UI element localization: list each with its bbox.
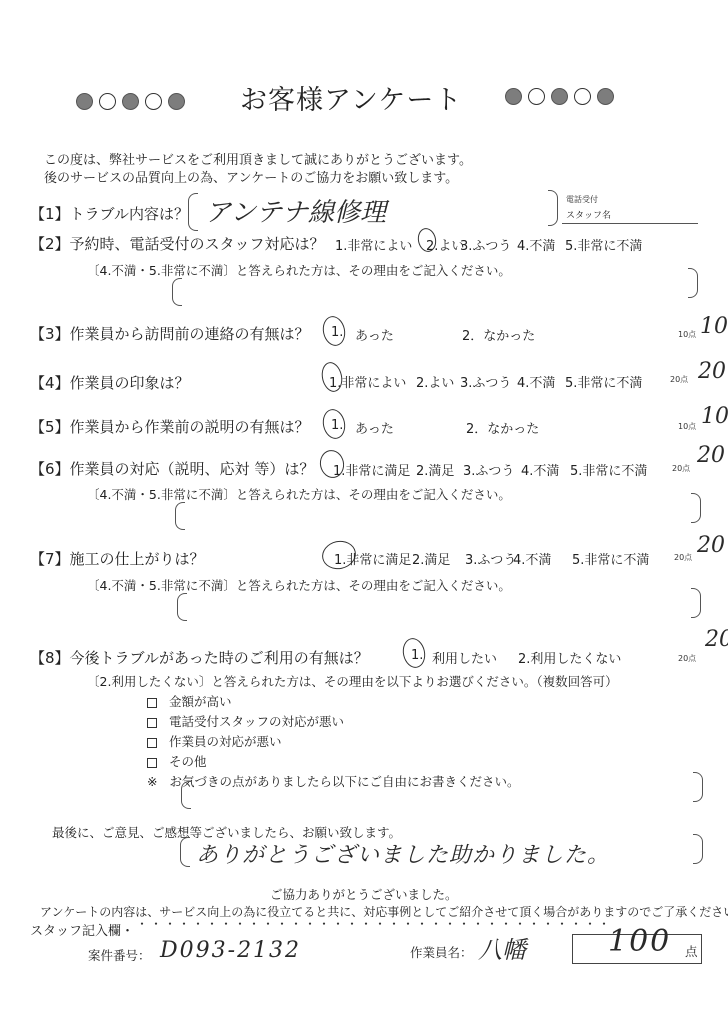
q6-option-5[interactable]: 5.非常に不満 — [570, 460, 647, 479]
q2-option-3[interactable]: 3.ふつう — [460, 235, 511, 254]
q8-points-label: 20点 — [678, 653, 696, 664]
empty-circle-icon — [574, 88, 591, 105]
q8-label: 【8】今後トラブルがあった時のご利用の有無は？ — [30, 647, 369, 668]
q7-label: 【7】施工の仕上がりは？ — [30, 548, 205, 569]
q3-score[interactable]: 10 — [700, 314, 728, 339]
bracket-left — [175, 502, 185, 530]
q4-label: 【4】作業員の印象は？ — [30, 372, 190, 393]
q2-option-4[interactable]: 4.不満 — [517, 235, 555, 254]
empty-circle-icon — [99, 93, 116, 110]
checkbox-label: 作業員の対応が悪い — [169, 734, 282, 749]
bracket-right — [693, 834, 703, 864]
case-number[interactable]: D093-2132 — [160, 938, 301, 963]
checkbox-icon[interactable] — [147, 738, 157, 748]
empty-circle-icon — [145, 93, 162, 110]
decor-dots-left — [76, 93, 185, 110]
empty-circle-icon — [528, 88, 545, 105]
staff-section-label: スタッフ記入欄・ — [30, 920, 134, 939]
bracket-right — [693, 772, 703, 802]
total-score[interactable]: 100 — [608, 924, 671, 959]
page-title: お客様アンケート — [240, 78, 462, 117]
q5-option-2[interactable]: 2．なかった — [466, 418, 539, 437]
bracket-right — [691, 588, 701, 618]
staff-reception-label-2: スタッフ名 — [566, 208, 611, 221]
worker-name-label: 作業員名： — [410, 943, 473, 961]
q6-option-4[interactable]: 4.不満 — [521, 460, 559, 479]
score-unit: 点 — [685, 942, 698, 960]
free-note-field[interactable] — [195, 783, 695, 807]
checkbox-label: 金額が高い — [169, 694, 232, 709]
bracket-right — [548, 190, 558, 226]
q6-label: 【6】作業員の対応（説明、応対 等）は？ — [30, 458, 314, 479]
bracket-left — [177, 593, 187, 621]
q6-reason-field[interactable] — [189, 504, 689, 528]
checkbox-icon[interactable] — [147, 758, 157, 768]
q7-option-1[interactable]: 1.非常に満足 — [334, 549, 411, 568]
q3-option-1-num[interactable]: 1. — [331, 325, 343, 340]
q8-option-2[interactable]: 2.利用したくない — [518, 648, 621, 667]
q2-label: 【2】予約時、電話受付のスタッフ対応は？ — [30, 233, 325, 254]
q4-points-label: 20点 — [670, 374, 688, 385]
q1-answer[interactable]: アンテナ線修理 — [205, 192, 386, 229]
bracket-right — [688, 268, 698, 298]
staff-reception-label-1: 電話受付 — [566, 194, 598, 205]
filled-circle-icon — [168, 93, 185, 110]
footer-thanks: ご協力ありがとうございました。 — [270, 885, 458, 903]
q8-checkbox-item[interactable]: その他 — [147, 752, 207, 770]
case-number-label: 案件番号： — [88, 946, 151, 964]
staff-reception-name-field[interactable] — [562, 223, 698, 224]
decor-dots-right — [505, 88, 614, 105]
worker-name[interactable]: 八幡 — [478, 930, 526, 965]
bracket-left — [181, 781, 191, 809]
q8-option-1[interactable]: 利用したい — [432, 648, 497, 667]
checkbox-icon[interactable] — [147, 718, 157, 728]
q8-checkbox-item[interactable]: 作業員の対応が悪い — [147, 732, 282, 750]
q3-label: 【3】作業員から訪問前の連絡の有無は？ — [30, 323, 310, 344]
q2-option-5[interactable]: 5.非常に不満 — [565, 235, 642, 254]
q7-reason-field[interactable] — [191, 595, 691, 619]
q6-option-1[interactable]: 1.非常に満足 — [333, 460, 410, 479]
bracket-left — [172, 278, 182, 306]
filled-circle-icon — [551, 88, 568, 105]
q7-reason-prompt: 〔4.不満・5.非常に不満〕と答えられた方は、その理由をご記入ください。 — [87, 576, 511, 594]
closing-comment[interactable]: ありがとうございました助かりました。 — [196, 838, 610, 869]
checkbox-label: 電話受付スタッフの対応が悪い — [169, 714, 344, 729]
filled-circle-icon — [505, 88, 522, 105]
filled-circle-icon — [122, 93, 139, 110]
q8-checkbox-item[interactable]: 金額が高い — [147, 692, 232, 710]
checkbox-label: その他 — [169, 754, 207, 769]
bracket-right — [691, 493, 701, 523]
filled-circle-icon — [597, 88, 614, 105]
q5-points-label: 10点 — [678, 421, 696, 432]
q5-label: 【5】作業員から作業前の説明の有無は？ — [30, 416, 310, 437]
bracket-left — [188, 193, 198, 231]
q3-option-2[interactable]: 2．なかった — [462, 325, 535, 344]
q4-option-3[interactable]: 3.ふつう — [460, 372, 511, 391]
q4-option-1[interactable]: 1.非常によい — [329, 372, 406, 391]
q1-label: 【1】トラブル内容は？ — [30, 203, 189, 224]
q8-reason-prompt: 〔2.利用したくない〕と答えられた方は、その理由を以下よりお選びください。（複数… — [87, 672, 618, 690]
q8-option-1-num[interactable]: 1. — [411, 648, 423, 663]
q6-option-2[interactable]: 2.満足 — [416, 460, 454, 479]
reference-mark-icon: ※ — [147, 774, 157, 789]
q7-score[interactable]: 20 — [697, 533, 725, 558]
q5-option-1[interactable]: あった — [355, 418, 394, 437]
q7-option-5[interactable]: 5.非常に不満 — [572, 549, 649, 568]
q3-option-1[interactable]: あった — [355, 325, 394, 344]
q4-score[interactable]: 20 — [698, 359, 726, 384]
q6-reason-prompt: 〔4.不満・5.非常に不満〕と答えられた方は、その理由をご記入ください。 — [87, 485, 511, 503]
q8-checkbox-item[interactable]: 電話受付スタッフの対応が悪い — [147, 712, 344, 730]
intro-line-1: この度は、弊社サービスをご利用頂きまして誠にありがとうございます。 — [44, 149, 472, 168]
filled-circle-icon — [76, 93, 93, 110]
checkbox-icon[interactable] — [147, 698, 157, 708]
q7-option-4[interactable]: 4.不満 — [513, 549, 551, 568]
q4-option-2[interactable]: 2.よい — [416, 372, 454, 391]
intro-line-2: 後のサービスの品質向上の為、アンケートのご協力をお願い致します。 — [44, 167, 458, 186]
q2-reason-field[interactable] — [186, 280, 686, 304]
q5-option-1-num[interactable]: 1. — [331, 418, 343, 433]
staff-section-dots: ・・・・・・・・・・・・・・・・・・・・・・・・・・・・・・・・・・・・・ — [136, 915, 616, 932]
q7-option-2[interactable]: 2.満足 — [412, 549, 450, 568]
q2-option-1[interactable]: 1.非常によい — [335, 235, 412, 254]
q3-points-label: 10点 — [678, 329, 696, 340]
q6-option-3[interactable]: 3.ふつう — [463, 460, 514, 479]
q2-reason-prompt: 〔4.不満・5.非常に不満〕と答えられた方は、その理由をご記入ください。 — [87, 261, 511, 279]
q8-score[interactable]: 20 — [705, 627, 728, 652]
q4-option-4[interactable]: 4.不満 — [517, 372, 555, 391]
q7-option-3[interactable]: 3.ふつう — [465, 549, 516, 568]
q4-option-5[interactable]: 5.非常に不満 — [565, 372, 642, 391]
q6-points-label: 20点 — [672, 463, 690, 474]
q7-points-label: 20点 — [674, 552, 692, 563]
q5-score[interactable]: 10 — [701, 404, 728, 429]
q6-score[interactable]: 20 — [697, 443, 725, 468]
bracket-left — [180, 837, 190, 867]
